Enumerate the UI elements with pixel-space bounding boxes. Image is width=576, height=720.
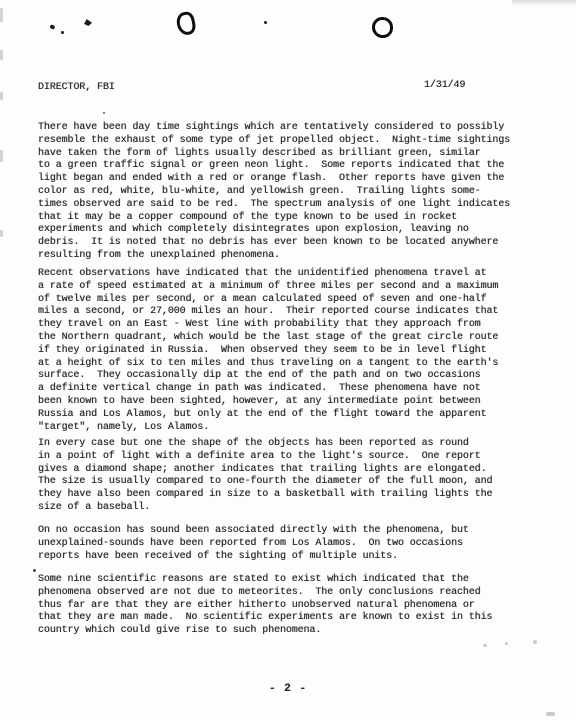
page-number: - 2 -	[0, 683, 576, 696]
text-line: experiments and which completely disinte…	[38, 224, 510, 237]
text-line: times observed are said to be red. The s…	[38, 199, 510, 212]
text-line: thus far are that they are either hither…	[38, 600, 492, 613]
text-line: phenomena observed are not due to meteor…	[38, 587, 492, 600]
scanner-edge-noise	[0, 150, 3, 162]
text-line: color as red, white, blu-white, and yell…	[38, 186, 510, 199]
text-line: to a green traffic signal or green neon …	[38, 160, 510, 173]
text-line: reports have been received of the sighti…	[38, 551, 469, 564]
text-line: size of a baseball.	[38, 502, 492, 515]
text-line: the Northern quadrant, which would be th…	[38, 332, 498, 345]
text-line: There have been day time sightings which…	[38, 122, 510, 135]
scan-smudge	[512, 0, 576, 6]
text-line: have taken the form of lights usually de…	[38, 148, 510, 161]
text-line: "target", namely, Los Alamos.	[38, 422, 498, 435]
text-line: debris. It is noted that no debris has e…	[38, 237, 510, 250]
text-line: a definite vertical change in path was i…	[38, 383, 498, 396]
text-line: miles a second, or 27,000 miles an hour.…	[38, 306, 498, 319]
text-line: unexplained-sounds have been reported fr…	[38, 538, 469, 551]
ink-speck-icon	[84, 19, 92, 26]
text-line: resemble the exhaust of some type of jet…	[38, 135, 510, 148]
text-line: that it may be a copper compound of the …	[38, 212, 510, 225]
text-line: they travel on an East - West line with …	[38, 319, 498, 332]
paragraph-2: Recent observations have indicated that …	[38, 268, 498, 434]
scanner-edge-noise	[0, 92, 3, 100]
text-line: On no occasion has sound been associated…	[38, 525, 469, 538]
scan-speck-icon	[533, 640, 537, 644]
text-line: Some nine scientific reasons are stated …	[38, 574, 492, 587]
ink-speck-icon	[33, 569, 36, 572]
text-line: surface. They occasionally dip at the en…	[38, 370, 498, 383]
text-line: In every case but one the shape of the o…	[38, 438, 492, 451]
paragraph-3: In every case but one the shape of the o…	[38, 438, 492, 515]
scanner-edge-noise	[0, 50, 3, 60]
scanned-memo-page: DIRECTOR, FBI 1/31/49 There have been da…	[0, 0, 576, 720]
text-line: in a point of light with a definite area…	[38, 451, 492, 464]
text-line: light began and ended with a red or oran…	[38, 173, 510, 186]
scan-speck-icon	[483, 644, 487, 647]
scan-speck-icon	[505, 642, 508, 645]
ink-speck-icon	[264, 21, 267, 24]
paragraph-1: There have been day time sightings which…	[38, 122, 510, 263]
ink-speck-icon	[61, 31, 64, 34]
scanner-edge-noise	[0, 230, 3, 237]
text-line: that they are man made. No scientific ex…	[38, 612, 492, 625]
text-line: gives a diamond shape; another indicates…	[38, 464, 492, 477]
text-line: Russia and Los Alamos, but only at the e…	[38, 409, 498, 422]
text-line: of twelve miles per second, or a mean ca…	[38, 294, 498, 307]
recipient-line: DIRECTOR, FBI	[38, 82, 115, 95]
text-line: Recent observations have indicated that …	[38, 268, 498, 281]
ink-circle-mark-icon	[175, 10, 197, 36]
text-line: they have also been compared in size to …	[38, 489, 492, 502]
scanner-edge-noise	[0, 8, 3, 22]
text-line: a rate of speed estimated at a minimum o…	[38, 281, 498, 294]
text-line: if they originated in Russia. When obser…	[38, 345, 498, 358]
ink-speck-icon	[49, 24, 55, 29]
paragraph-5: Some nine scientific reasons are stated …	[38, 574, 492, 638]
text-line: country which could give rise to such ph…	[38, 625, 492, 638]
text-line: resulting from the unexplained phenomena…	[38, 250, 510, 263]
scan-speck-icon	[546, 712, 555, 716]
text-line: at a height of six to ten miles and thus…	[38, 358, 498, 371]
date: 1/31/49	[424, 80, 465, 93]
text-line: been known to have been sighted, however…	[38, 396, 498, 409]
ink-circle-mark-icon	[372, 17, 393, 38]
paragraph-4: On no occasion has sound been associated…	[38, 525, 469, 563]
text-line: The size is usually compared to one-four…	[38, 476, 492, 489]
ink-speck-icon	[103, 112, 105, 114]
